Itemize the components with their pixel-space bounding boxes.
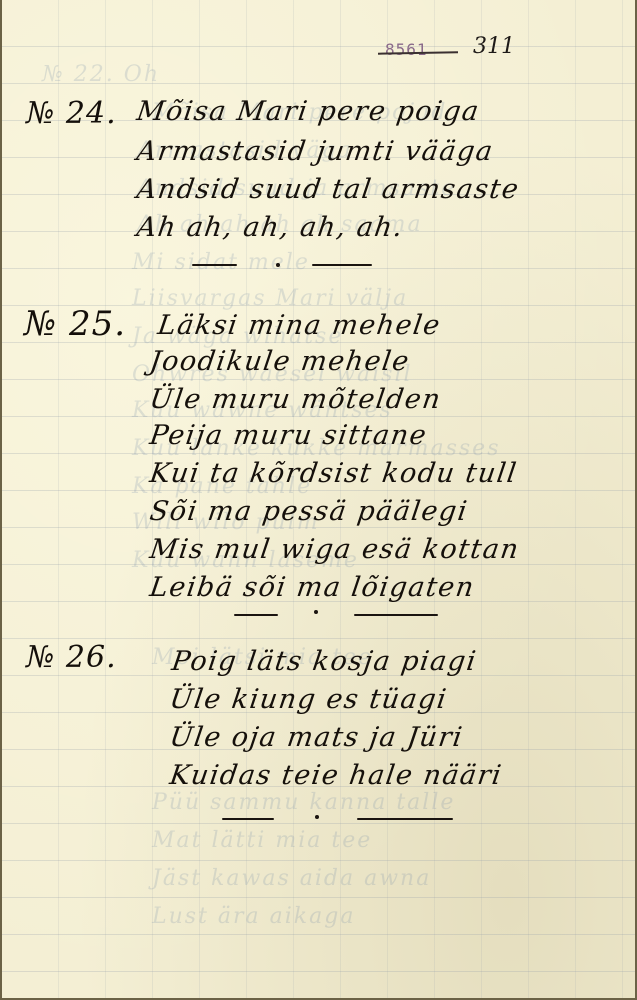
verse-line: Poig läts kosja piagi — [170, 646, 479, 677]
verse-line: Üle kiung es tüagi — [168, 684, 450, 715]
song-number: № 25. — [24, 304, 126, 344]
section-divider — [234, 614, 278, 616]
verse-line: Peija muru sittane — [148, 420, 430, 451]
verse-line: Mõisa Mari pere poiga — [135, 96, 482, 127]
section-divider-dot — [315, 815, 319, 819]
bleed-line: Mi sidat mele — [132, 250, 310, 275]
verse-line: Joodikule mehele — [148, 346, 412, 377]
section-divider — [312, 264, 372, 266]
song-number: № 26. — [26, 640, 117, 675]
song-number: № 24. — [26, 96, 117, 131]
section-divider-dot — [276, 263, 280, 267]
section-divider — [357, 818, 453, 820]
section-divider — [354, 614, 438, 616]
verse-line: Kuidas teie hale nääri — [168, 760, 505, 791]
verse-line: Läksi mina mehele — [156, 310, 443, 341]
verse-line: Mis mul wiga esä kottan — [148, 534, 522, 565]
section-divider — [222, 818, 274, 820]
verse-line: Armastasid jumti vääga — [135, 136, 496, 167]
section-divider — [192, 264, 237, 266]
verse-line: Üle muru mõtelden — [148, 384, 444, 415]
bleed-line: Liisvargas Mari välja — [132, 286, 408, 311]
manuscript-page: № 22. Oh Mõisa Mari pere pojad Armastasi… — [2, 0, 635, 998]
bleed-line: № 22. Oh — [42, 62, 160, 87]
verse-line: Andsid suud tal armsaste — [135, 174, 522, 205]
page-number: 311 — [473, 34, 515, 59]
verse-line: Kui ta kõrdsist kodu tull — [148, 458, 520, 489]
bleed-line: Mat lätti mia tee — [152, 828, 372, 853]
bleed-line: Püü sammu kanna talle — [152, 790, 455, 815]
crossed-out-page-number: 8561 — [385, 40, 428, 59]
bleed-line: Jäst kawas aida awna — [152, 866, 431, 891]
section-divider-dot — [314, 610, 318, 614]
verse-line: Ah ah, ah, ah, ah. — [135, 212, 406, 243]
verse-line: Leibä sõi ma lõigaten — [148, 572, 477, 603]
verse-line: Üle oja mats ja Jüri — [168, 722, 465, 753]
verse-line: Sõi ma pessä päälegi — [148, 496, 470, 527]
bleed-line: Lust ära aikaga — [152, 904, 355, 929]
